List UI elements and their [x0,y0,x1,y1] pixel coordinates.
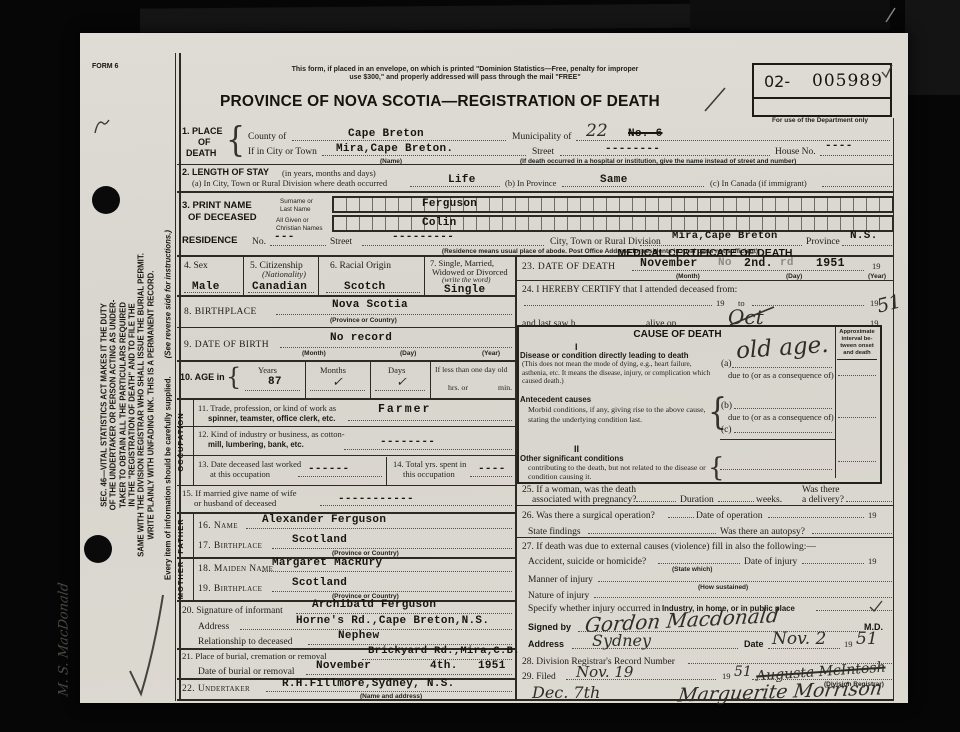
signed-year-handwritten: 51 [856,631,878,648]
mother-birthplace-value: Scotland [292,578,347,589]
f25-label: associated with pregnancy? [532,495,636,505]
divider [430,362,431,398]
divider [835,327,836,478]
burial-date-year: 1951 [478,661,506,672]
dotted-rule [640,245,802,246]
divider [720,439,835,440]
dotted-rule [632,270,864,271]
divider [177,164,893,165]
other-conditions-label: Other significant conditions [520,454,624,463]
nineteen: 19 [716,299,725,308]
dotted-rule [262,571,512,572]
divider [177,327,515,328]
weeks-label: weeks. [756,495,782,505]
street-value: -------- [605,144,660,155]
months-label: Months [320,366,346,375]
manner-of-injury-label: Manner of injury [528,575,593,585]
f2-paren: (in years, months and days) [282,169,376,178]
burial-date-label: Date of burial or removal [198,667,295,677]
dotted-rule [562,186,704,187]
informant-value: Archibald Ferguson [312,600,436,611]
certify-statement: 24. I HEREBY CERTIFY that I attended dec… [522,285,737,295]
hrs-label: hrs. or [448,384,468,393]
sex-label: 4. Sex [184,261,208,271]
divider [243,257,244,295]
f11-label: spinner, teamster, office clerk, etc. [208,414,335,423]
surname-comb-row [332,196,894,213]
residence-no-label: No. [252,237,266,247]
statute-line: IN THE "REGISTRATION OF DEATH" AND TO FI… [128,168,137,643]
surname-value: Ferguson [422,199,477,210]
dotted-rule [524,305,712,306]
father-name-value: Alexander Ferguson [262,515,386,526]
province-country-note: (Province or Country) [330,317,397,325]
page-title: PROVINCE OF NOVA SCOTIA—REGISTRATION OF … [220,93,660,111]
f1-label: DEATH [186,149,216,159]
dob-label: 9. DATE OF BIRTH [184,340,269,350]
dotted-rule [566,679,716,680]
dotted-rule [846,501,892,502]
registrar-signature-handwritten: Marguerite Morrison [677,679,884,705]
f1-brace: { [226,120,245,160]
scan-streak [690,0,890,30]
min-label: min. [498,384,512,393]
days-checkmark: ✓ [396,376,407,389]
mother-side-label: MOTHER [177,558,193,602]
dotted-rule [768,648,840,649]
dotted-rule [594,597,892,598]
f2c-label: (c) In Canada (if immigrant) [710,179,807,188]
how-sustained-note: (How sustained) [698,584,748,592]
residence-street-value: --------- [392,232,454,243]
scratch-mark [884,6,898,24]
cause-a-label: (a) [721,359,732,369]
autopsy-label: Was there an autopsy? [720,527,805,537]
nineteen: 19 [844,640,853,649]
dotted-rule [812,533,892,534]
nineteen: 19 [872,262,881,271]
divider [177,360,515,362]
dotted-rule [838,461,876,462]
dotted-rule [310,390,365,391]
dotted-rule [802,563,864,564]
dotted-rule [280,347,512,348]
undertaker-label: 22. Undertaker [182,684,250,694]
filed-date2-handwritten: Dec. 7th [532,685,600,701]
given-name-value: Colin [422,218,457,229]
racial-origin-label: 6. Racial Origin [330,261,391,271]
residence-province-label: Province [806,237,840,247]
f3-label: OF DECEASED [188,213,257,223]
dotted-rule [322,155,526,156]
dotted-rule [588,533,716,534]
dotted-rule [838,375,876,376]
residence-province-value: N.S. [850,231,878,242]
divider [305,362,306,398]
dotted-rule [842,245,892,246]
birthplace-value: Nova Scotia [332,300,408,311]
nineteen: 19 [722,672,731,681]
f12-value: -------- [380,437,435,448]
divider [177,485,515,486]
mail-notice: This form, if placed in an envelope, on … [250,66,680,83]
dotted-rule [272,548,512,549]
city-town-label: If in City or Town [248,147,317,157]
divider [193,514,194,558]
dob-value: No record [330,333,392,344]
dotted-rule [560,155,770,156]
citizenship-paren: (Nationality) [262,270,306,279]
f14-value: ---- [478,464,506,475]
statute-line: OF THE UNDERTAKER OR PERSON ACTING AS UN… [109,168,118,643]
dotted-rule [270,245,326,246]
pen-checkmark [126,591,166,699]
father-birthplace-value: Scotland [292,535,347,546]
date-of-death-year: 1951 [816,258,845,270]
other-conditions-text: contributing to the death, but not relat… [528,463,710,482]
divider [177,455,515,456]
state-which-note: (State which) [672,566,712,574]
divider [517,537,893,538]
filed-date-handwritten: Nov. 19 [576,665,633,680]
dotted-rule [822,186,892,187]
dotted-rule [248,292,314,293]
father-name-label: 16. Name [198,521,238,531]
filed-year-handwritten: 51 [734,665,752,679]
dotted-rule [320,505,512,506]
divider [177,191,893,193]
dotted-rule [266,691,512,692]
duration-label: Duration [680,495,714,505]
signed-by-label: Signed by [528,623,571,633]
f2a-value: Life [448,175,476,186]
statute-line: WRITE PLAINLY WITH UNFADING INK. THIS IS… [146,168,155,643]
residence-city-value: Mira,Cape Breton [672,231,778,242]
f12-label: 12. Kind of industry or business, as cot… [198,430,345,439]
interval-line: tween onset [837,343,877,350]
divider [175,53,176,701]
municipality-label: Municipality of [512,132,571,142]
residence-street-label: Street [330,237,352,247]
surname-sublabel-line: Surname or [280,198,313,205]
dotted-rule [668,517,694,518]
house-no-label: House No. [775,147,816,157]
nineteen: 19 [868,511,877,520]
dotted-rule [734,408,832,409]
f13-label: 13. Date deceased last worked [198,460,301,469]
municipality-struck-value: No. 6 [628,129,663,140]
cause-c-label: (c) [721,425,732,435]
divider [177,426,515,427]
dotted-rule [410,186,500,187]
given-sublabel: All Given orChristian Names [276,217,323,232]
antecedent-explainer: Morbid conditions, if any, giving rise t… [528,405,708,424]
f1-label: 1. PLACE [182,127,223,137]
years-value: 87 [268,377,282,388]
form-number: FORM 6 [92,63,118,71]
informant-label: 20. Signature of informant [182,606,283,616]
pen-slash [702,85,728,113]
months-checkmark: ✓ [332,376,343,389]
f29-label: 29. Filed [522,672,556,682]
statute-line: TAKER TO OBTAIN ALL THE PARTICULARS REQU… [118,168,127,643]
informant-address-value: Horne's Rd.,Cape Breton,N.S. [296,616,489,627]
age-brace: { [226,363,241,391]
residence-label: RESIDENCE [182,236,237,246]
dotted-rule [296,613,512,614]
street-label: Street [532,147,554,157]
paper: FORM 6 SEC. 46—VITAL STATISTICS ACT MAKE… [80,33,908,703]
f2b-label: (b) In Province [505,179,556,188]
mail-notice-line: This form, if placed in an envelope, on … [250,66,680,74]
divider [193,559,194,601]
relationship-label: Relationship to deceased [198,637,292,647]
divider [318,257,319,295]
dotted-rule [820,155,892,156]
given-sublabel-line: All Given or [276,217,309,224]
informant-address-label: Address [198,622,229,632]
dotted-rule [298,476,382,477]
pen-tick [880,63,894,79]
name-address-note: (Name and address) [360,693,422,701]
dotted-rule [838,417,876,418]
divider [177,295,515,297]
f11-value: Farmer [378,404,431,416]
f25-label: 25. If a woman, was the death [522,485,636,495]
dotted-rule [636,501,676,502]
f2b-value: Same [600,175,628,186]
dotted-rule [768,517,864,518]
year-51-handwritten: 51 [875,292,903,316]
f1-label: OF [198,138,211,148]
year-note: (Year) [482,350,500,358]
date-of-death-label: 23. DATE OF DEATH [522,262,615,272]
interval-line: Approximate [837,329,877,336]
mother-birthplace-label: 19. Birthplace [198,584,262,594]
scanned-death-certificate: FORM 6 SEC. 46—VITAL STATISTICS ACT MAKE… [0,0,960,732]
month-note: (Month) [302,350,326,358]
dotted-rule [344,449,512,450]
statute-notice: SEC. 46—VITAL STATISTICS ACT MAKES IT TH… [100,168,176,643]
stamp-prefix: 02- [764,72,790,91]
date-of-injury-label: Date of injury [744,557,797,567]
registration-stamp-box: 02- 005989 [752,63,892,117]
date-of-death-day: 2nd. [744,258,773,270]
given-name-comb-row [332,215,894,232]
dotted-rule [572,648,738,649]
dotted-rule [362,245,544,246]
f2-label: 2. LENGTH OF STAY [182,168,269,178]
dotted-rule [246,528,512,529]
dotted-rule [184,292,240,293]
surname-sublabel: Surname orLast Name [280,198,313,213]
dotted-rule [658,563,740,564]
date-of-death-day-ghost: rd [780,258,794,269]
state-findings-label: State findings [528,527,581,537]
dotted-rule [375,390,425,391]
divider [386,457,387,485]
f11-label: 11. Trade, profession, or kind of work a… [198,404,336,413]
county-value: Cape Breton [348,129,424,140]
f14-label: 14. Total yrs. spent in [393,460,466,469]
scan-streak [905,0,960,95]
dotted-rule [718,501,754,502]
antecedent-label: Antecedent causes [520,395,591,404]
due-to-note: due to (or as a consequence of) [728,371,834,380]
f14-label: this occupation [403,470,455,479]
dotted-rule [720,469,832,470]
statute-line: SAME WITH THE DIVISION REGISTRAR WHO SHA… [137,168,146,643]
f27-header: 27. If death was due to external causes … [522,542,816,552]
signed-date-handwritten: Nov. 2 [772,631,826,648]
f12-label: mill, lumbering, bank, etc. [208,440,304,449]
marital-paren: (write the word) [442,276,490,284]
other-brace: { [708,453,725,483]
municipality-value-handwritten: 22 [586,123,608,140]
statute-line: SEC. 46—VITAL STATISTICS ACT MAKES IT TH… [100,168,109,643]
dotted-rule [306,674,512,675]
burial-date-month: November [316,661,371,672]
pen-mark-l [92,115,112,137]
accident-label: Accident, suicide or homicide? [528,557,646,567]
interval-line: and death [837,350,877,357]
surname-sublabel-line: Last Name [280,206,310,213]
age-label: 10. AGE in [180,373,225,383]
f2a-label: (a) In City, Town or Rural Division wher… [192,179,387,188]
burial-place-label: 21. Place of burial, cremation or remova… [182,652,327,662]
date-of-operation-label: Date of operation [696,511,762,521]
dotted-rule [272,591,512,592]
city-town-value: Mira,Cape Breton. [336,144,453,155]
burial-date-day: 4th. [430,661,458,672]
interval-header: Approximate interval be- tween onset and… [837,329,877,360]
dotted-rule [470,476,512,477]
residence-no-value: --- [274,232,295,243]
mother-maiden-name-value: Margaret MacRury [272,558,382,569]
date-of-death-month: November [640,258,698,270]
house-no-value: ---- [825,141,853,152]
mail-notice-line: use $300," and properly addressed will p… [250,74,680,82]
less-than-day-label: If less than one day old [435,366,508,375]
burial-place-value: Brickyard Rd.,Mira,C.B. [368,646,520,657]
reverse-note: (See reverse side for instructions.) [164,230,173,358]
nature-of-injury-label: Nature of injury [528,591,589,601]
date-of-death-month-ghost: No [718,258,732,269]
years-label: Years [258,366,277,375]
undertaker-value: R.H.Fillmore,Sydney, N.S. [282,679,455,690]
f3-label: 3. PRINT NAME [182,201,252,211]
county-label: County of [248,132,286,142]
interval-line: interval be- [837,336,877,343]
days-label: Days [388,366,405,375]
f15-value: ----------- [338,494,414,505]
day-note: (Day) [400,350,416,358]
supplied-note: Every item of information should be care… [164,376,173,580]
cause-b-label: (b) [721,401,732,411]
dotted-rule [348,420,512,421]
was-there-label: Was there [802,485,839,495]
disease-explainer: (This does not mean the mode of dying, e… [522,360,718,386]
divider [517,280,893,281]
divider [424,257,425,295]
mother-maiden-name-label: 18. Maiden Name [198,564,273,574]
dotted-rule [276,314,512,315]
nineteen: 19 [868,557,877,566]
divider [177,398,515,400]
physician-address-label: Address [528,640,564,650]
father-side-label: FATHER [177,514,193,558]
f26-label: 26. Was there a surgical operation? [522,511,655,521]
relationship-value: Nephew [338,631,379,642]
occupation-side-label: OCCUPATION [177,398,193,486]
dept-only-note: For use of the Department only [752,117,888,125]
f13-label: at this occupation [210,470,270,479]
dotted-rule [598,581,892,582]
birthplace-label: 8. BIRTHPLACE [184,307,257,317]
divider [370,362,371,398]
scan-streak [140,3,730,32]
dotted-rule [734,432,832,433]
physician-address-handwritten: Sydney [592,633,651,649]
father-birthplace-label: 17. Birthplace [198,541,262,551]
date-label: Date [744,640,764,650]
dotted-rule [326,292,420,293]
dotted-rule [732,367,832,368]
f13-value: ------ [308,464,349,475]
delivery-label: a delivery? [802,495,844,505]
pen-tick [868,599,884,613]
due-to-note: due to (or as a consequence of) [728,413,834,422]
dotted-rule [292,140,506,141]
divider [517,505,893,506]
pen-cross-stroke [726,305,778,327]
dotted-rule [245,390,300,391]
f15-label: or husband of deceased [194,499,276,509]
stamp-number: 005989 [812,71,883,91]
divider [193,400,194,486]
margin-signature: M. S. MacDonald [58,550,88,699]
